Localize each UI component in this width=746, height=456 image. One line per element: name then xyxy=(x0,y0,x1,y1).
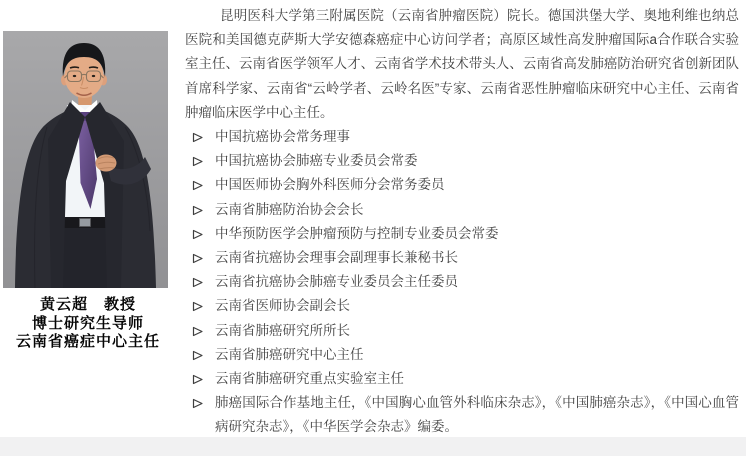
position-text: 中华预防医学会肿瘤预防与控制专业委员会常委 xyxy=(215,226,499,241)
profile-photo xyxy=(3,31,168,288)
position-text: 云南省抗癌协会理事会副理事长兼秘书长 xyxy=(215,250,458,265)
list-item: 中国医师协会胸外科医师分会常务委员 xyxy=(185,173,739,197)
arrow-bullet-icon xyxy=(192,156,204,167)
list-item: 云南省肺癌研究重点实验室主任 xyxy=(185,367,739,391)
list-item: 肺癌国际合作基地主任，《中国胸心血管外科临床杂志》，《中国肺癌杂志》，《中国心血… xyxy=(185,391,739,439)
bio-intro-paragraph: 昆明医科大学第三附属医院（云南省肿瘤医院）院长。德国洪堡大学、奥地利维也纳总医院… xyxy=(185,4,739,125)
list-item: 云南省抗癌协会肺癌专业委员会主任委员 xyxy=(185,270,739,294)
position-text: 云南省肺癌研究中心主任 xyxy=(215,347,364,362)
footer-strip xyxy=(0,437,746,456)
arrow-bullet-icon xyxy=(192,350,204,361)
person-role-cancer-center-director: 云南省癌症中心主任 xyxy=(0,333,176,352)
position-text: 云南省医师协会副会长 xyxy=(215,298,350,313)
person-role-doctoral-supervisor: 博士研究生导师 xyxy=(0,315,176,334)
arrow-bullet-icon xyxy=(192,229,204,240)
arrow-bullet-icon xyxy=(192,253,204,264)
list-item: 中国抗癌协会常务理事 xyxy=(185,125,739,149)
position-text: 中国抗癌协会常务理事 xyxy=(215,129,350,144)
portrait-illustration xyxy=(3,31,168,288)
position-text: 肺癌国际合作基地主任，《中国胸心血管外科临床杂志》，《中国肺癌杂志》，《中国心血… xyxy=(215,395,739,434)
positions-list: 中国抗癌协会常务理事 中国抗癌协会肺癌专业委员会常委 中国医师协会胸外科医师分会… xyxy=(185,125,739,440)
list-item: 云南省肺癌研究中心主任 xyxy=(185,343,739,367)
position-text: 云南省肺癌防治协会会长 xyxy=(215,202,364,217)
arrow-bullet-icon xyxy=(192,205,204,216)
arrow-bullet-icon xyxy=(192,301,204,312)
list-item: 中国抗癌协会肺癌专业委员会常委 xyxy=(185,149,739,173)
arrow-bullet-icon xyxy=(192,132,204,143)
position-text: 云南省肺癌研究重点实验室主任 xyxy=(215,371,404,386)
list-item: 云南省医师协会副会长 xyxy=(185,294,739,318)
list-item: 云南省肺癌研究所所长 xyxy=(185,319,739,343)
profile-slide: 黄云超 教授 博士研究生导师 云南省癌症中心主任 昆明医科大学第三附属医院（云南… xyxy=(0,0,746,456)
profile-caption: 黄云超 教授 博士研究生导师 云南省癌症中心主任 xyxy=(0,296,176,352)
position-text: 中国抗癌协会肺癌专业委员会常委 xyxy=(215,153,418,168)
arrow-bullet-icon xyxy=(192,180,204,191)
list-item: 中华预防医学会肿瘤预防与控制专业委员会常委 xyxy=(185,222,739,246)
arrow-bullet-icon xyxy=(192,374,204,385)
position-text: 云南省肺癌研究所所长 xyxy=(215,323,350,338)
position-text: 中国医师协会胸外科医师分会常务委员 xyxy=(215,177,445,192)
arrow-bullet-icon xyxy=(192,398,204,409)
arrow-bullet-icon xyxy=(192,326,204,337)
position-text: 云南省抗癌协会肺癌专业委员会主任委员 xyxy=(215,274,458,289)
list-item: 云南省肺癌防治协会会长 xyxy=(185,198,739,222)
bio-section: 昆明医科大学第三附属医院（云南省肿瘤医院）院长。德国洪堡大学、奥地利维也纳总医院… xyxy=(185,4,739,440)
arrow-bullet-icon xyxy=(192,277,204,288)
list-item: 云南省抗癌协会理事会副理事长兼秘书长 xyxy=(185,246,739,270)
person-name-and-title: 黄云超 教授 xyxy=(0,296,176,315)
